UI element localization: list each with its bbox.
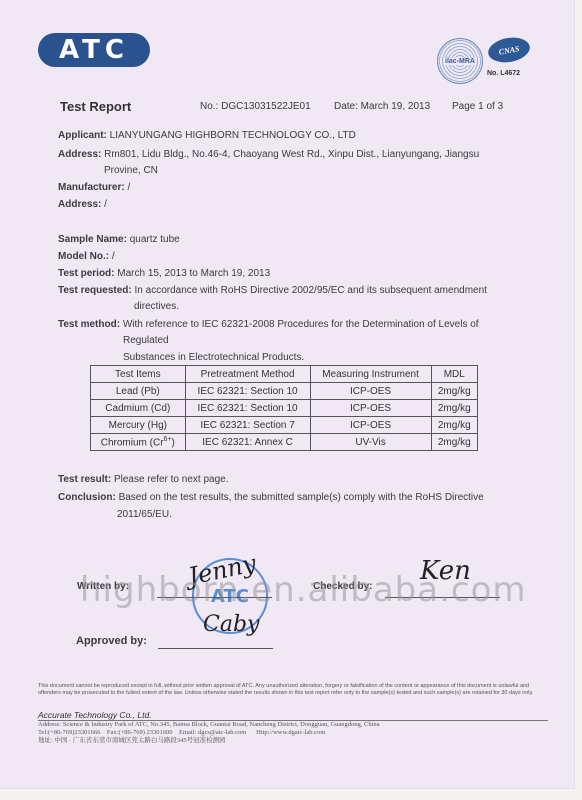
- sample-name-row: Sample Name: quartz tube: [58, 234, 180, 245]
- approved-by-label: Approved by:: [76, 635, 147, 647]
- test-result-label: Test result:: [58, 474, 111, 485]
- test-method-row: Test method: With reference to IEC 62321…: [58, 319, 479, 330]
- model-label: Model No.:: [58, 251, 109, 262]
- cnas-logo-icon: CNAS: [486, 35, 532, 66]
- applicant-label: Applicant:: [58, 130, 107, 141]
- col-pretreatment: Pretreatment Method: [185, 366, 310, 383]
- test-result-row: Test result: Please refer to next page.: [58, 474, 228, 485]
- table-row: Lead (Pb) IEC 62321: Section 10 ICP-OES …: [91, 383, 478, 400]
- test-requested-row: Test requested: In accordance with RoHS …: [58, 285, 487, 296]
- address-row: Address: Rm801, Lidu Bldg., No.46-4, Cha…: [58, 149, 479, 160]
- address-label: Address:: [58, 149, 101, 160]
- test-period-row: Test period: March 15, 2013 to March 19,…: [58, 268, 270, 279]
- conclusion-line2: 2011/65/EU.: [117, 509, 172, 520]
- cell: 2mg/kg: [431, 400, 477, 417]
- col-test-items: Test Items: [91, 366, 186, 383]
- disclaimer-text: This document cannot be reproduced excep…: [38, 683, 548, 697]
- cell: IEC 62321: Section 10: [185, 400, 310, 417]
- conclusion-value: Based on the test results, the submitted…: [119, 492, 484, 503]
- test-method-line3: Substances in Electrotechnical Products.: [123, 352, 304, 363]
- applicant-value: LIANYUNGANG HIGHBORN TECHNOLOGY CO., LTD: [110, 130, 356, 141]
- mfr-address-label: Address:: [58, 199, 101, 210]
- ilac-text: ilac-MRA: [444, 58, 476, 65]
- test-requested-value: In accordance with RoHS Directive 2002/9…: [135, 285, 487, 296]
- table-header-row: Test Items Pretreatment Method Measuring…: [91, 366, 478, 383]
- cell: Cadmium (Cd): [91, 400, 186, 417]
- test-period-label: Test period:: [58, 268, 114, 279]
- cell: ICP-OES: [310, 417, 431, 434]
- model-value: /: [112, 251, 115, 262]
- cell: 2mg/kg: [431, 417, 477, 434]
- model-row: Model No.: /: [58, 251, 115, 262]
- company-name: Accurate Technology Co., Ltd.: [38, 710, 152, 720]
- approved-signature: Caby: [203, 612, 259, 637]
- footer-contact: Address: Science & Industry Park of ATC,…: [38, 721, 380, 745]
- test-requested-label: Test requested:: [58, 285, 132, 296]
- cell: UV-Vis: [310, 434, 431, 451]
- cell: IEC 62321: Section 10: [185, 383, 310, 400]
- cell: Lead (Pb): [91, 383, 186, 400]
- cell: ICP-OES: [310, 400, 431, 417]
- table-row: Chromium (Cr6+) IEC 62321: Annex C UV-Vi…: [91, 434, 478, 451]
- sample-name-value: quartz tube: [130, 234, 180, 245]
- manufacturer-value: /: [127, 182, 130, 193]
- table-row: Mercury (Hg) IEC 62321: Section 7 ICP-OE…: [91, 417, 478, 434]
- report-page: ATC ilac-MRA CNAS No. L4672 Test Report …: [0, 0, 575, 789]
- cell: IEC 62321: Section 7: [185, 417, 310, 434]
- test-method-value: With reference to IEC 62321-2008 Procedu…: [123, 319, 479, 330]
- atc-logo: ATC: [38, 33, 150, 67]
- footer-phone-email-web: Tel:(+86-769)23301666 Fax:(+86-769) 2330…: [38, 729, 380, 737]
- applicant-row: Applicant: LIANYUNGANG HIGHBORN TECHNOLO…: [58, 130, 356, 141]
- manufacturer-label: Manufacturer:: [58, 182, 125, 193]
- col-mdl: MDL: [431, 366, 477, 383]
- manufacturer-row: Manufacturer: /: [58, 182, 130, 193]
- test-result-value: Please refer to next page.: [114, 474, 229, 485]
- sample-name-label: Sample Name:: [58, 234, 127, 245]
- mfr-address-row: Address: /: [58, 199, 107, 210]
- watermark: highborn.en.alibaba.com: [80, 570, 527, 610]
- test-requested-line2: directives.: [134, 301, 179, 312]
- test-period-value: March 15, 2013 to March 19, 2013: [117, 268, 270, 279]
- table-row: Cadmium (Cd) IEC 62321: Section 10 ICP-O…: [91, 400, 478, 417]
- conclusion-row: Conclusion: Based on the test results, t…: [58, 492, 484, 503]
- cell: Mercury (Hg): [91, 417, 186, 434]
- cell: Chromium (Cr6+): [91, 434, 186, 451]
- address-line2: Provine, CN: [104, 165, 158, 176]
- report-title: Test Report: [60, 99, 131, 114]
- cnas-number: No. L4672: [487, 70, 520, 77]
- cell: 2mg/kg: [431, 383, 477, 400]
- report-date: Date: March 19, 2013: [334, 101, 430, 112]
- report-number: No.: DGC13031522JE01: [200, 101, 311, 112]
- mfr-address-value: /: [104, 199, 107, 210]
- test-items-table: Test Items Pretreatment Method Measuring…: [90, 365, 478, 451]
- address-value: Rm801, Lidu Bldg., No.46-4, Chaoyang Wes…: [104, 149, 479, 160]
- footer-address: Address: Science & Industry Park of ATC,…: [38, 721, 380, 729]
- page-indicator: Page 1 of 3: [452, 101, 503, 112]
- cell: 2mg/kg: [431, 434, 477, 451]
- footer-address-cn: 地址: 中国 · 广东省东莞市南城区莞太路白马路段345号冠准检测园: [38, 737, 380, 745]
- conclusion-label: Conclusion:: [58, 492, 116, 503]
- ilac-mra-logo-icon: ilac-MRA: [437, 38, 483, 84]
- test-method-label: Test method:: [58, 319, 120, 330]
- cell: ICP-OES: [310, 383, 431, 400]
- approved-signature-line: [158, 648, 273, 649]
- cell: IEC 62321: Annex C: [185, 434, 310, 451]
- test-method-line2: Regulated: [123, 335, 169, 346]
- col-instrument: Measuring Instrument: [310, 366, 431, 383]
